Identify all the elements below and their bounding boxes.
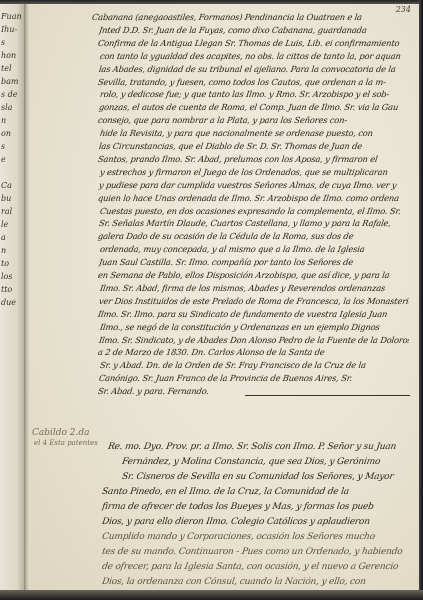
manuscript-line: las Abades, dignidad de su tribunal el a…	[98, 64, 409, 74]
facing-page-text-fragment: s	[1, 142, 23, 151]
margin-note: el 4 Esta patentes	[34, 439, 98, 447]
manuscript-line: hide la Revisita, y para que nacionalmen…	[99, 128, 410, 138]
manuscript-line: Sevilla, tratando, y fuesen, como todos …	[97, 77, 408, 87]
facing-page-text-fragment: s de	[1, 90, 23, 99]
scan-right-edge	[419, 0, 423, 600]
manuscript-line: Ilmo. Sr. Abad, firma de los mismos, Aba…	[99, 283, 410, 293]
manuscript-line: Cumplido mando y Corporaciones, ocasión …	[101, 532, 412, 542]
manuscript-line: Santos, prando Ilmo. Sr. Abad, prelumos …	[97, 154, 408, 164]
manuscript-line: Jnted D.D. Sr. Juan de la Fuyas, como di…	[98, 25, 409, 35]
manuscript-line: rolo, y dedicose fue; y que tanto las Il…	[99, 89, 410, 99]
manuscript-line: Dios, y para ello dieron Ilmo. Colegio C…	[101, 517, 412, 527]
manuscript-line: Ilmo. Sr. Sindicato, y de Abades Don Alo…	[98, 335, 409, 345]
manuscript-line: Canónigo. Sr. Juan Franco de la Provinci…	[98, 373, 409, 383]
facing-page-edge: FuanIhu-shontelbams deslanonseCaburallea…	[0, 4, 24, 590]
manuscript-line: y estrechos y firmaron el Juego de los O…	[99, 167, 410, 177]
manuscript-scan: FuanIhu-shontelbams deslanonseCaburallea…	[0, 0, 423, 600]
manuscript-line: y pudiese para dar cumplida vuestros Señ…	[98, 180, 409, 190]
facing-page-text-fragment: Ca	[1, 181, 23, 190]
manuscript-line: ordenada, muy concepada, y al mismo que …	[99, 244, 410, 254]
manuscript-line: en Semana de Pablo, ellos Disposición Ar…	[97, 270, 408, 280]
manuscript-line: Sr. Señalas Martín Dlaude, Cuartos Caste…	[98, 218, 409, 228]
manuscript-page: 234 Cabanana (anegaoastiles, Formanos) P…	[30, 4, 419, 590]
manuscript-line: Juan Saul Castilla. Sr. Ilmo. compañía p…	[98, 257, 409, 267]
facing-page-text-fragment: ral	[1, 207, 23, 216]
margin-note: Cabildo 2.da	[32, 428, 90, 438]
facing-page-text-fragment: bu	[1, 194, 23, 203]
facing-page-text-fragment: Fuan	[1, 12, 23, 21]
manuscript-line: Fernández, y Molina Constancia, que sea …	[121, 457, 412, 467]
manuscript-line: Santo Pinedo, en el Ilmo. de la Cruz, la…	[101, 487, 412, 497]
manuscript-line: Confirma de la Antigua Llegan Sr. Thomas…	[97, 38, 408, 48]
manuscript-line: de ofrecer, para la Iglesia Santa, con o…	[101, 562, 412, 572]
manuscript-line: Ilmo. Sr. Ilmo. para su Sindicato de fun…	[97, 309, 408, 319]
manuscript-line: tes de su mando. Continuaron - Pues como…	[101, 547, 412, 557]
facing-page-text-fragment: to	[1, 259, 23, 268]
manuscript-line: gonzas, el autos de cuenta de Roma, el C…	[98, 102, 409, 112]
facing-page-text-fragment: n	[1, 116, 23, 125]
manuscript-line: las Circunstancias, que el Diablo de Sr.…	[98, 141, 409, 151]
manuscript-line: Cuestas puesto, en dos ocasiones expresa…	[99, 206, 410, 216]
facing-page-text-fragment: los	[1, 272, 23, 281]
facing-page-text-fragment: s	[1, 38, 23, 47]
manuscript-line: a 2 de Marzo de 1830. Dn. Carlos Alonso …	[97, 347, 408, 357]
manuscript-line: Sr. y Abad. Dn. de la Orden de Sr. Fray …	[99, 360, 410, 370]
manuscript-line: Ilmo., se negó de la constitución y Orde…	[99, 322, 410, 332]
facing-page-text-fragment: on	[1, 129, 23, 138]
facing-page-text-fragment: e	[1, 155, 23, 164]
facing-page-text-fragment: Ihu-	[1, 25, 23, 34]
section-divider-line	[245, 395, 410, 396]
facing-page-text-fragment: tel	[1, 64, 23, 73]
manuscript-line: quien lo hace Unas ordenada de Ilmo. Sr.…	[97, 193, 408, 203]
manuscript-line: galera Dado de su ocasión de la Cédula d…	[97, 231, 408, 241]
scan-bottom-edge	[0, 590, 423, 600]
manuscript-line: Sr. Cisneros de Sevilla en su Comunidad …	[121, 472, 412, 482]
manuscript-line: con tanto la ygualdad des acapites, no o…	[99, 51, 410, 61]
manuscript-line: consejo, que para nombrar a la Plata, y …	[97, 115, 408, 125]
facing-page-text-fragment: due	[1, 298, 23, 307]
facing-page-text-fragment: hon	[1, 51, 23, 60]
facing-page-text-fragment: le	[1, 220, 23, 229]
manuscript-line: Dios, la ordenanza con Cónsul, cuando la…	[101, 577, 412, 587]
facing-page-text-fragment: bam	[1, 77, 23, 86]
manuscript-line: firma de ofrecer de todos los Bueyes y M…	[101, 502, 412, 512]
manuscript-line: Re. mo. Dyo. Prov. pr. a Ilmo. Sr. Solís…	[107, 442, 412, 452]
facing-page-text-fragment: n	[1, 246, 23, 255]
manuscript-line: ver Dios Instituidos de este Prelado de …	[98, 296, 409, 306]
facing-page-text-fragment: a	[1, 233, 23, 242]
facing-page-text-fragment: sla	[1, 103, 23, 112]
facing-page-text-fragment: tto	[1, 285, 23, 294]
manuscript-line: Cabanana (anegaoastiles, Formanos) Pendi…	[91, 12, 410, 22]
